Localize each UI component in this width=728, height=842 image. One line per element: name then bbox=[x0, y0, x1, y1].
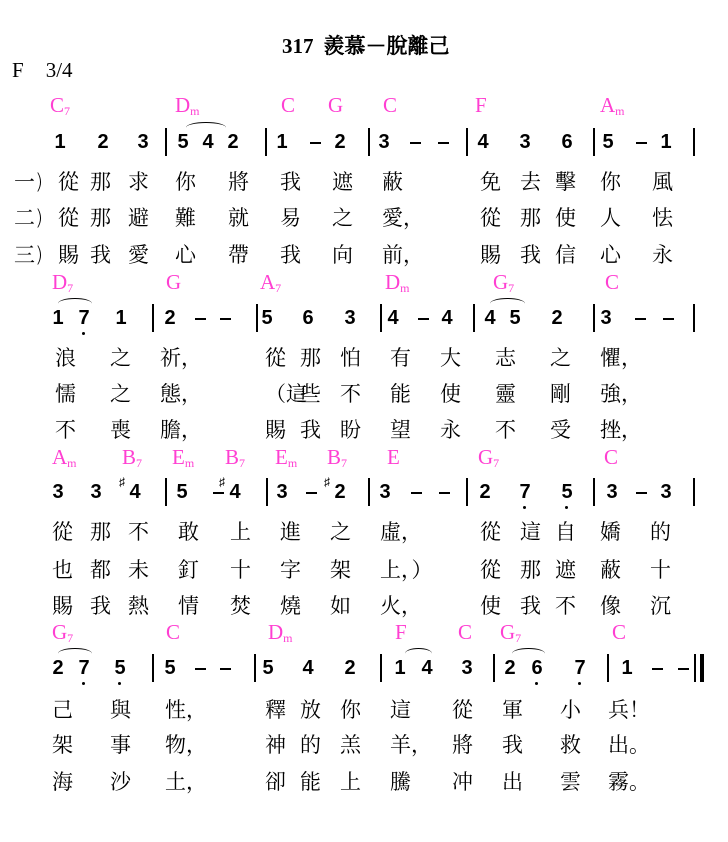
lyric-syllable: 羊， bbox=[390, 735, 432, 756]
lyric-syllable: 賜 bbox=[480, 245, 501, 266]
chord-symbol: B7 bbox=[327, 447, 347, 469]
chord-symbol: D7 bbox=[52, 272, 73, 294]
note: 5 bbox=[260, 308, 274, 328]
lyric-syllable: 你 bbox=[340, 700, 361, 721]
chord-quality: m bbox=[288, 456, 297, 470]
lyric-syllable: 架 bbox=[330, 560, 351, 581]
barline bbox=[693, 128, 695, 156]
lyric-syllable: 的 bbox=[650, 522, 671, 543]
barline bbox=[165, 478, 167, 506]
sustain-dash bbox=[652, 668, 663, 670]
lyric-syllable: 人 bbox=[600, 208, 621, 229]
lyric-syllable: 我 bbox=[520, 596, 541, 617]
chord-symbol: E bbox=[387, 447, 400, 468]
chord-symbol: Em bbox=[172, 447, 194, 469]
note: 4 bbox=[420, 658, 434, 678]
note: 4 bbox=[386, 308, 400, 328]
lyric-syllable: 賜 bbox=[52, 596, 73, 617]
lyric-syllable: 出 bbox=[502, 772, 523, 793]
lyric-syllable: 冲 bbox=[452, 772, 473, 793]
chord-quality: m bbox=[615, 104, 624, 118]
barline bbox=[694, 654, 696, 682]
note: 3 bbox=[599, 308, 613, 328]
lyric-syllable: 浪 bbox=[55, 348, 76, 369]
note: 6 bbox=[560, 132, 574, 152]
lyric-syllable: 釋 bbox=[265, 700, 286, 721]
lyric-syllable: 就 bbox=[228, 208, 249, 229]
lyric-syllable: 信 bbox=[555, 245, 576, 266]
lyric-syllable: 求 bbox=[128, 172, 149, 193]
chord-symbol: C bbox=[166, 622, 180, 643]
lyric-syllable: 遮 bbox=[332, 172, 353, 193]
chord-quality: m bbox=[283, 631, 292, 645]
note: 2 bbox=[478, 482, 492, 502]
lyric-syllable: 十 bbox=[650, 560, 671, 581]
lower-octave-dot bbox=[82, 332, 85, 335]
lyric-syllable: 進 bbox=[280, 522, 301, 543]
lyric-syllable: 些 bbox=[300, 384, 321, 405]
lyric-syllable: 避 bbox=[128, 208, 149, 229]
lyric-syllable: 之 bbox=[330, 522, 351, 543]
barline bbox=[380, 654, 382, 682]
slur bbox=[512, 648, 545, 659]
lyric-syllable: 志 bbox=[495, 348, 516, 369]
lyric-syllable: 使 bbox=[480, 596, 501, 617]
note: 4 bbox=[440, 308, 454, 328]
lyric-syllable: 上，） bbox=[380, 560, 433, 581]
note: 3 bbox=[275, 482, 289, 502]
lyric-syllable: 情 bbox=[178, 596, 199, 617]
chord-symbol: G7 bbox=[493, 272, 514, 294]
lyric-syllable: 三) bbox=[14, 245, 43, 266]
chord-symbol: F bbox=[395, 622, 407, 643]
sustain-dash bbox=[195, 668, 206, 670]
lyric-syllable: 不 bbox=[555, 596, 576, 617]
sustain-dash bbox=[438, 142, 449, 144]
lyric-syllable: 那 bbox=[90, 208, 111, 229]
note: 1 bbox=[659, 132, 673, 152]
lyric-syllable: 我 bbox=[280, 245, 301, 266]
note: 1 bbox=[393, 658, 407, 678]
lyric-syllable: 如 bbox=[330, 596, 351, 617]
lyric-syllable: 賜 bbox=[58, 245, 79, 266]
lyric-syllable: 上 bbox=[340, 772, 361, 793]
barline bbox=[380, 304, 382, 332]
sustain-dash bbox=[306, 492, 317, 494]
note: 3 bbox=[89, 482, 103, 502]
chord-quality: 7 bbox=[64, 104, 70, 118]
lyric-syllable: 從 bbox=[480, 522, 501, 543]
lyric-syllable: 救 bbox=[560, 735, 581, 756]
lyric-syllable: 盼 bbox=[340, 420, 361, 441]
lyric-syllable: 大 bbox=[440, 348, 461, 369]
chord-quality: 7 bbox=[275, 281, 281, 295]
lyric-syllable: 之 bbox=[550, 348, 571, 369]
lyric-syllable: 沙 bbox=[110, 772, 131, 793]
note: 4♯ bbox=[128, 482, 142, 502]
chord-symbol: G bbox=[166, 272, 181, 293]
lyric-syllable: 易 bbox=[280, 208, 301, 229]
note: 3 bbox=[377, 132, 391, 152]
note: 1 bbox=[51, 308, 65, 328]
lyric-syllable: 挫， bbox=[600, 420, 642, 441]
lyric-syllable: 也 bbox=[52, 560, 73, 581]
lyric-syllable: 我 bbox=[502, 735, 523, 756]
chord-symbol: Am bbox=[600, 95, 625, 117]
chord-symbol: C bbox=[605, 272, 619, 293]
note: 2 bbox=[550, 308, 564, 328]
sharp-icon: ♯ bbox=[324, 476, 330, 488]
chord-symbol: B7 bbox=[122, 447, 142, 469]
chord-symbol: G7 bbox=[52, 622, 73, 644]
lyric-syllable: 膽， bbox=[160, 420, 202, 441]
note: 2 bbox=[51, 658, 65, 678]
note: 7 bbox=[77, 308, 91, 328]
lyric-syllable: 愛， bbox=[382, 208, 424, 229]
note: 1 bbox=[114, 308, 128, 328]
sustain-dash bbox=[213, 492, 224, 494]
time-signature: 3/4 bbox=[46, 58, 73, 82]
song-name: 羨慕－脫離己 bbox=[324, 34, 450, 58]
chord-quality: 7 bbox=[493, 456, 499, 470]
lyric-syllable: 我 bbox=[90, 245, 111, 266]
lyric-syllable: 我 bbox=[280, 172, 301, 193]
lyric-syllable: 賜 bbox=[265, 420, 286, 441]
lyric-syllable: 強， bbox=[600, 384, 642, 405]
barline bbox=[256, 304, 258, 332]
lyric-syllable: 怕 bbox=[340, 348, 361, 369]
lyric-syllable: 懦 bbox=[55, 384, 76, 405]
note: 4 bbox=[476, 132, 490, 152]
lyric-syllable: 不 bbox=[55, 420, 76, 441]
lyric-syllable: 免 bbox=[480, 172, 501, 193]
chord-symbol: B7 bbox=[225, 447, 245, 469]
note: 4♯ bbox=[228, 482, 242, 502]
lyric-syllable: 剛 bbox=[550, 384, 571, 405]
lyric-syllable: 那 bbox=[90, 172, 111, 193]
barline bbox=[473, 304, 475, 332]
slur bbox=[490, 298, 525, 309]
lyric-syllable: 沉 bbox=[650, 596, 671, 617]
chord-symbol: Em bbox=[275, 447, 297, 469]
note: 1 bbox=[620, 658, 634, 678]
barline bbox=[152, 304, 154, 332]
note: 1 bbox=[275, 132, 289, 152]
lyric-syllable: 遮 bbox=[555, 560, 576, 581]
note: 5 bbox=[261, 658, 275, 678]
lower-octave-dot bbox=[82, 682, 85, 685]
verse-label: 一) bbox=[14, 172, 43, 193]
lower-octave-dot bbox=[118, 682, 121, 685]
lyric-syllable: 前， bbox=[382, 245, 424, 266]
lyric-syllable: 焚 bbox=[230, 596, 251, 617]
lyric-syllable: 心 bbox=[600, 245, 621, 266]
note: 5 bbox=[601, 132, 615, 152]
lyric-syllable: 我 bbox=[520, 245, 541, 266]
sustain-dash bbox=[635, 318, 646, 320]
lyric-syllable: 望 bbox=[390, 420, 411, 441]
lyric-syllable: 有 bbox=[390, 348, 411, 369]
lyric-syllable: 從 bbox=[58, 208, 79, 229]
chord-symbol: A7 bbox=[260, 272, 281, 294]
lyric-syllable: 那 bbox=[520, 208, 541, 229]
lyric-syllable: 不 bbox=[128, 522, 149, 543]
lyric-syllable: 之 bbox=[110, 348, 131, 369]
lyric-syllable: 能 bbox=[390, 384, 411, 405]
lyric-syllable: 祈， bbox=[160, 348, 202, 369]
note: 2♯ bbox=[333, 482, 347, 502]
sharp-icon: ♯ bbox=[219, 476, 225, 488]
note: 4 bbox=[301, 658, 315, 678]
sustain-dash bbox=[678, 668, 689, 670]
lyric-syllable: 難 bbox=[175, 208, 196, 229]
chord-symbol: G bbox=[328, 95, 343, 116]
chord-quality: m bbox=[190, 104, 199, 118]
lyric-syllable: 己 bbox=[52, 700, 73, 721]
note: 6 bbox=[301, 308, 315, 328]
note: 3 bbox=[136, 132, 150, 152]
chord-quality: 7 bbox=[239, 456, 245, 470]
slur bbox=[405, 648, 432, 659]
lyric-syllable: 我 bbox=[300, 420, 321, 441]
sharp-icon: ♯ bbox=[119, 476, 125, 488]
chord-symbol: G7 bbox=[478, 447, 499, 469]
lyric-syllable: 架 bbox=[52, 735, 73, 756]
barline bbox=[165, 128, 167, 156]
lyric-syllable: 之 bbox=[332, 208, 353, 229]
lyric-syllable: 卻 bbox=[265, 772, 286, 793]
sustain-dash bbox=[411, 492, 422, 494]
barline bbox=[254, 654, 256, 682]
lyric-syllable: 愛 bbox=[128, 245, 149, 266]
lyric-syllable: 土， bbox=[165, 772, 207, 793]
lyric-syllable: 從 bbox=[452, 700, 473, 721]
barline bbox=[152, 654, 154, 682]
barline bbox=[593, 304, 595, 332]
chord-symbol: G7 bbox=[500, 622, 521, 644]
lyric-syllable: 那 bbox=[300, 348, 321, 369]
lyric-syllable: 我 bbox=[90, 596, 111, 617]
sustain-dash bbox=[220, 668, 231, 670]
lyric-syllable: 靈 bbox=[495, 384, 516, 405]
lower-octave-dot bbox=[523, 506, 526, 509]
song-title: 317羨慕－脫離己 bbox=[282, 30, 450, 60]
lower-octave-dot bbox=[578, 682, 581, 685]
lyric-syllable: 將 bbox=[228, 172, 249, 193]
lyric-syllable: 釘 bbox=[178, 560, 199, 581]
slur bbox=[186, 122, 226, 133]
sustain-dash bbox=[636, 492, 647, 494]
lyric-syllable: 出。 bbox=[608, 735, 650, 756]
lyric-syllable: 事 bbox=[110, 735, 131, 756]
lyric-syllable: 都 bbox=[90, 560, 111, 581]
sustain-dash bbox=[439, 492, 450, 494]
lyric-syllable: 放 bbox=[300, 700, 321, 721]
lyric-syllable: 從 bbox=[480, 560, 501, 581]
note: 2 bbox=[226, 132, 240, 152]
final-barline bbox=[700, 654, 704, 682]
lyric-syllable: 蔽 bbox=[382, 172, 403, 193]
chord-quality: 7 bbox=[341, 456, 347, 470]
lyric-syllable: 向 bbox=[332, 245, 353, 266]
barline bbox=[265, 128, 267, 156]
chord-quality: m bbox=[67, 456, 76, 470]
barline bbox=[607, 654, 609, 682]
lower-octave-dot bbox=[565, 506, 568, 509]
lyric-syllable: 物， bbox=[165, 735, 207, 756]
sustain-dash bbox=[663, 318, 674, 320]
lyric-syllable: 上 bbox=[230, 522, 251, 543]
chord-symbol: C bbox=[612, 622, 626, 643]
sustain-dash bbox=[410, 142, 421, 144]
chord-symbol: C bbox=[458, 622, 472, 643]
lyric-syllable: 火， bbox=[380, 596, 422, 617]
lyric-syllable: 從 bbox=[58, 172, 79, 193]
lyric-syllable: 風 bbox=[652, 172, 673, 193]
chord-quality: 7 bbox=[515, 631, 521, 645]
chord-quality: m bbox=[185, 456, 194, 470]
barline bbox=[693, 304, 695, 332]
lyric-syllable: 態， bbox=[160, 384, 202, 405]
barline bbox=[266, 478, 268, 506]
note: 2 bbox=[96, 132, 110, 152]
chord-quality: 7 bbox=[508, 281, 514, 295]
lyric-syllable: 使 bbox=[555, 208, 576, 229]
chord-symbol: Dm bbox=[175, 95, 200, 117]
note: 4 bbox=[201, 132, 215, 152]
lyric-syllable: 字 bbox=[280, 560, 301, 581]
barline bbox=[593, 478, 595, 506]
note: 7 bbox=[573, 658, 587, 678]
lyric-syllable: 敢 bbox=[178, 522, 199, 543]
note: 5 bbox=[163, 658, 177, 678]
lyric-syllable: 海 bbox=[52, 772, 73, 793]
lyric-syllable: 蔽 bbox=[600, 560, 621, 581]
chord-symbol: C bbox=[383, 95, 397, 116]
chord-symbol: F bbox=[475, 95, 487, 116]
sustain-dash bbox=[636, 142, 647, 144]
note: 2 bbox=[333, 132, 347, 152]
song-number: 317 bbox=[282, 34, 314, 58]
lyric-syllable: 能 bbox=[300, 772, 321, 793]
lyric-syllable: 嬌 bbox=[600, 522, 621, 543]
lyric-syllable: 去 bbox=[520, 172, 541, 193]
lyric-syllable: 那 bbox=[520, 560, 541, 581]
note: 3 bbox=[378, 482, 392, 502]
barline bbox=[368, 478, 370, 506]
note: 1 bbox=[53, 132, 67, 152]
chord-symbol: C7 bbox=[50, 95, 70, 117]
note: 5 bbox=[176, 132, 190, 152]
lyric-syllable: 受 bbox=[550, 420, 571, 441]
chord-symbol: Dm bbox=[268, 622, 293, 644]
lyric-syllable: 怯 bbox=[652, 208, 673, 229]
lyric-syllable: 永 bbox=[652, 245, 673, 266]
barline bbox=[693, 478, 695, 506]
sustain-dash bbox=[195, 318, 206, 320]
lyric-syllable: 使 bbox=[440, 384, 461, 405]
note: 5 bbox=[508, 308, 522, 328]
lyric-syllable: 雲 bbox=[560, 772, 581, 793]
note: 5 bbox=[113, 658, 127, 678]
lyric-syllable: 自 bbox=[555, 522, 576, 543]
lyric-syllable: 騰 bbox=[390, 772, 411, 793]
chord-symbol: Dm bbox=[385, 272, 410, 294]
key-signature: F bbox=[12, 58, 24, 82]
lyric-syllable: 心 bbox=[175, 245, 196, 266]
sustain-dash bbox=[310, 142, 321, 144]
note: 2 bbox=[503, 658, 517, 678]
lyric-syllable: 這 bbox=[390, 700, 411, 721]
chord-quality: 7 bbox=[67, 281, 73, 295]
barline bbox=[493, 654, 495, 682]
note: 3 bbox=[51, 482, 65, 502]
lyric-syllable: 喪 bbox=[110, 420, 131, 441]
lyric-syllable: 從 bbox=[265, 348, 286, 369]
lyric-syllable: 神 bbox=[265, 735, 286, 756]
lyric-syllable: 羔 bbox=[340, 735, 361, 756]
lyric-syllable: 小 bbox=[560, 700, 581, 721]
lyric-syllable: 十 bbox=[230, 560, 251, 581]
lyric-syllable: 軍 bbox=[502, 700, 523, 721]
lyric-syllable: 擊 bbox=[555, 172, 576, 193]
lyric-syllable: 從 bbox=[480, 208, 501, 229]
note: 5 bbox=[175, 482, 189, 502]
lyric-syllable: 你 bbox=[600, 172, 621, 193]
chord-symbol: C bbox=[281, 95, 295, 116]
lyric-syllable: 未 bbox=[128, 560, 149, 581]
note: 3 bbox=[460, 658, 474, 678]
key-time-signature: F3/4 bbox=[12, 58, 73, 83]
lyric-syllable: 不 bbox=[495, 420, 516, 441]
lyric-syllable: 那 bbox=[90, 522, 111, 543]
lyric-syllable: 的 bbox=[300, 735, 321, 756]
note: 6 bbox=[530, 658, 544, 678]
lyric-syllable: 這 bbox=[520, 522, 541, 543]
note: 2 bbox=[163, 308, 177, 328]
lyric-syllable: 從 bbox=[52, 522, 73, 543]
lyric-syllable: 之 bbox=[110, 384, 131, 405]
lyric-syllable: 與 bbox=[110, 700, 131, 721]
sustain-dash bbox=[220, 318, 231, 320]
slur bbox=[58, 648, 92, 659]
note: 3 bbox=[518, 132, 532, 152]
lyric-syllable: 帶 bbox=[228, 245, 249, 266]
note: 7 bbox=[518, 482, 532, 502]
lyric-syllable: 像 bbox=[600, 596, 621, 617]
note: 3 bbox=[343, 308, 357, 328]
note: 3 bbox=[605, 482, 619, 502]
barline bbox=[466, 478, 468, 506]
lyric-syllable: 兵！ bbox=[608, 700, 650, 721]
lyric-syllable: 你 bbox=[175, 172, 196, 193]
lyric-syllable: 二) bbox=[14, 208, 43, 229]
note: 2 bbox=[343, 658, 357, 678]
lower-octave-dot bbox=[535, 682, 538, 685]
lyric-syllable: 性， bbox=[165, 700, 207, 721]
lyric-syllable: 霧。 bbox=[608, 772, 650, 793]
chord-quality: 7 bbox=[136, 456, 142, 470]
lyric-syllable: 將 bbox=[452, 735, 473, 756]
lyric-syllable: 不 bbox=[340, 384, 361, 405]
note: 5 bbox=[560, 482, 574, 502]
lyric-syllable: 熱 bbox=[128, 596, 149, 617]
note: 3 bbox=[659, 482, 673, 502]
chord-symbol: C bbox=[604, 447, 618, 468]
sustain-dash bbox=[418, 318, 429, 320]
lyric-syllable: 永 bbox=[440, 420, 461, 441]
note: 7 bbox=[77, 658, 91, 678]
